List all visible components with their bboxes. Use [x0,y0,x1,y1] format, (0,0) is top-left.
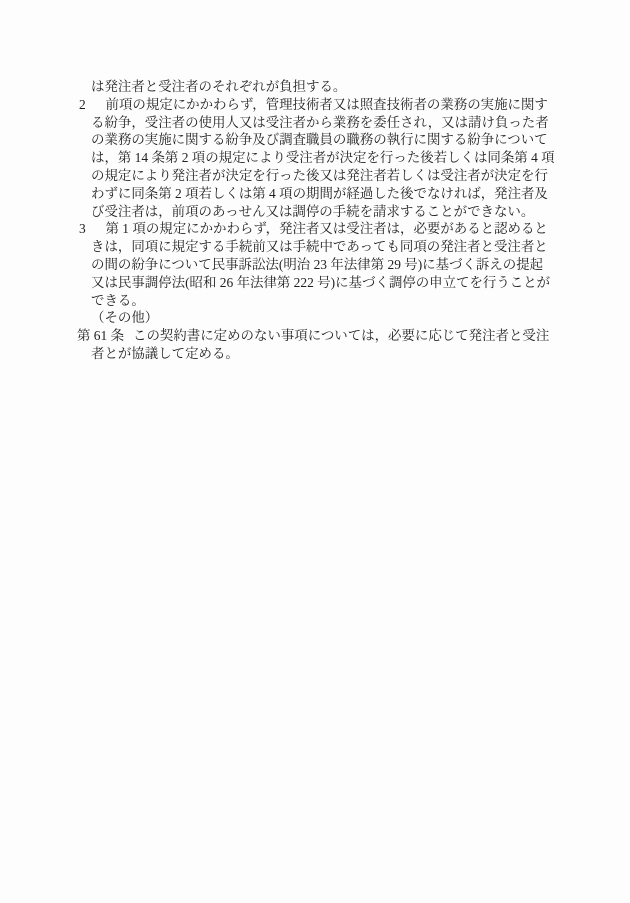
document-line: 第 61 条この契約書に定めのない事項については，必要に応じて発注者と受注 [0,327,556,345]
line-text: きは，同項に規定する手続前又は手続中であっても同項の発注者と受注者と [91,239,548,254]
document-line: は発注者と受注者のそれぞれが負担する。 [0,78,556,96]
document-line: わずに同条第 2 項若しくは第 4 項の期間が経過した後でなければ，発注者及 [0,185,556,203]
document-line: （その他） [0,309,556,327]
line-text: 者とが協議して定める。 [91,346,239,361]
article-number: 第 61 条 [77,327,133,345]
line-text: （その他） [91,310,158,325]
paragraph-number: 3 [79,220,106,238]
line-text: の業務の実施に関する紛争及び調査職員の職務の執行に関する紛争について [91,132,548,147]
line-text: は発注者と受注者のそれぞれが負担する。 [91,79,346,94]
document-line: の規定により発注者が決定を行った後又は発注者若しくは受注者が決定を行 [0,167,556,185]
document-line: できる。 [0,292,556,310]
paragraph-number: 2 [79,96,106,114]
line-text: る紛争，受注者の使用人又は受注者から業務を委任され，又は請け負った者 [91,115,549,130]
document-line: の間の紛争について民事訴訟法(明治 23 年法律第 29 号)に基づく訴えの提起 [0,256,556,274]
line-text: の規定により発注者が決定を行った後又は発注者若しくは受注者が決定を行 [91,168,548,183]
document-line: は，第 14 条第 2 項の規定により受注者が決定を行った後若しくは同条第 4 … [0,149,556,167]
document-line: 又は民事調停法(昭和 26 年法律第 222 号)に基づく調停の申立てを行うこと… [0,274,556,292]
line-text: できる。 [91,293,145,308]
line-text: わずに同条第 2 項若しくは第 4 項の期間が経過した後でなければ，発注者及 [91,186,548,201]
document-line: る紛争，受注者の使用人又は受注者から業務を委任され，又は請け負った者 [0,114,556,132]
document-line: び受注者は，前項のあっせん又は調停の手続を請求することができない。 [0,203,556,221]
document-line: 3第 1 項の規定にかかわらず，発注者又は受注者は，必要があると認めると [0,220,556,238]
document-line: きは，同項に規定する手続前又は手続中であっても同項の発注者と受注者と [0,238,556,256]
line-text: 又は民事調停法(昭和 26 年法律第 222 号)に基づく調停の申立てを行うこと… [91,275,550,290]
document-line: 2前項の規定にかかわらず，管理技術者又は照査技術者の業務の実施に関す [0,96,556,114]
contract-document-page: は発注者と受注者のそれぞれが負担する。2前項の規定にかかわらず，管理技術者又は照… [0,0,630,903]
line-text: は，第 14 条第 2 項の規定により受注者が決定を行った後若しくは同条第 4 … [91,150,555,165]
line-text: び受注者は，前項のあっせん又は調停の手続を請求することができない。 [91,204,534,219]
document-body: は発注者と受注者のそれぞれが負担する。2前項の規定にかかわらず，管理技術者又は照… [0,78,556,363]
line-text: この契約書に定めのない事項については，必要に応じて発注者と受注 [133,328,549,343]
line-text: 第 1 項の規定にかかわらず，発注者又は受注者は，必要があると認めると [106,221,548,236]
document-line: の業務の実施に関する紛争及び調査職員の職務の執行に関する紛争について [0,131,556,149]
line-text: 前項の規定にかかわらず，管理技術者又は照査技術者の業務の実施に関す [106,97,548,112]
document-line: 者とが協議して定める。 [0,345,556,363]
line-text: の間の紛争について民事訴訟法(明治 23 年法律第 29 号)に基づく訴えの提起 [91,257,543,272]
